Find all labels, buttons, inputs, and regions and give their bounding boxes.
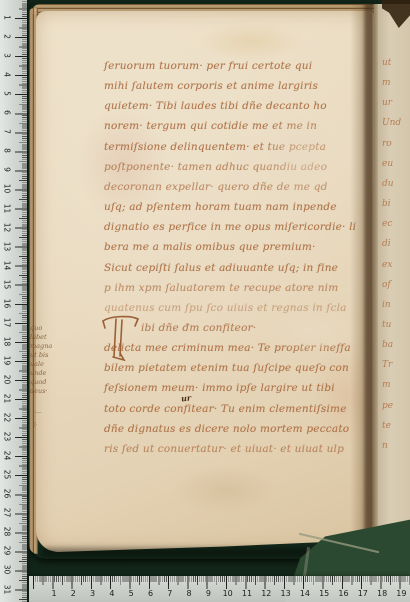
ruler-number: 25	[3, 470, 12, 480]
ruler-number: 10	[3, 184, 12, 194]
manuscript-line: uſq; ad pſentem horam tuam nam inpende	[104, 201, 337, 213]
ruler-number: 2	[67, 589, 79, 598]
gloss-line: quod	[30, 378, 46, 386]
ruler-number: 1	[48, 589, 60, 598]
ruler-number: 23	[3, 432, 12, 442]
ruler-number: 7	[164, 589, 176, 598]
manuscript-line: Sicut cepiſti ſalus et adiuuante uſq; in…	[104, 262, 338, 274]
ruler-number: 28	[3, 527, 12, 537]
ruler-number: 14	[3, 260, 12, 270]
gloss-mark: ·—	[33, 408, 42, 416]
ruler-number: 22	[3, 413, 12, 423]
ruler-number: 20	[3, 374, 12, 384]
manuscript-line: feſsionem meum· immo ipſe largire ut tib…	[104, 382, 335, 394]
facing-page-text: utmurUndroeudubiecdiexofintubaTrmpeten	[378, 58, 410, 518]
facing-text-fragment: ro	[382, 139, 392, 149]
ruler-number: 5	[3, 89, 12, 99]
facing-text-fragment: m	[382, 380, 391, 390]
ruler-number: 14	[299, 589, 311, 598]
ruler-number: 13	[280, 589, 292, 598]
facing-text-fragment: of	[382, 280, 391, 290]
ruler-number: 19	[3, 355, 12, 365]
ruler-number: 12	[3, 222, 12, 232]
interlinear-correction: ur	[181, 393, 192, 404]
ruler-number: 13	[3, 241, 12, 251]
gloss-line: uale	[30, 360, 44, 368]
ruler-number: 11	[241, 589, 253, 598]
manuscript-line: ſeruorum tuorum· per frui certote qui	[104, 60, 312, 72]
ruler-number: 16	[3, 298, 12, 308]
manuscript-line: dñe dignatus es dicere nolo mortem pecca…	[104, 423, 349, 435]
ruler-number: 27	[3, 508, 12, 518]
facing-text-fragment: ba	[382, 340, 393, 350]
ruler-number: 7	[3, 127, 12, 137]
manuscript-line: mihi ſalutem corporis et anime largiris	[104, 80, 318, 92]
manuscript-line: ris ſed ut conuertatur· et uiuat· et uiu…	[104, 443, 344, 455]
gloss-line: labet	[30, 333, 47, 341]
gloss-line: unde	[30, 369, 46, 377]
facing-text-fragment: in	[382, 300, 391, 310]
manuscript-line: dignatio es perfice in me opus miſericor…	[104, 221, 356, 233]
ruler-number: 6	[3, 108, 12, 118]
ruler-number: 4	[3, 70, 12, 80]
gutter-fold-line	[364, 4, 370, 550]
manuscript-line: p ihm xpm ſaluatorem te recupe atore nim	[104, 282, 338, 294]
facing-text-fragment: te	[382, 421, 391, 431]
ruler-number: 26	[3, 489, 12, 499]
ruler-number: 31	[3, 584, 12, 594]
ruler-cm-ticks	[33, 576, 410, 589]
ruler-number: 18	[3, 336, 12, 346]
ruler-number: 8	[3, 146, 12, 156]
facing-text-fragment: ur	[382, 98, 392, 108]
ruler-number: 24	[3, 451, 12, 461]
ruler-number: 11	[3, 203, 12, 213]
manuscript-line: toto corde confitear· Tu enim clementiſs…	[104, 403, 347, 415]
ruler-number: 30	[3, 565, 12, 575]
ruler-number: 29	[3, 546, 12, 556]
gloss-line: deus·	[30, 387, 48, 395]
facing-text-fragment: n	[382, 441, 388, 451]
ruler-number: 10	[222, 589, 234, 598]
gloss-line: quo	[30, 324, 42, 332]
ruler-number: 4	[106, 589, 118, 598]
ruler-number: 15	[318, 589, 330, 598]
facing-text-fragment: ut	[382, 58, 391, 68]
ruler-number: 2	[3, 32, 12, 42]
manuscript-line: decoronan expellar· quero dñe de me qd	[104, 181, 328, 193]
ruler-cm-ticks	[15, 0, 27, 602]
ruler-number: 3	[3, 51, 12, 61]
horizontal-ruler: 12345678910111213141516171819	[29, 576, 410, 602]
ruler-number: 8	[183, 589, 195, 598]
facing-text-fragment: m	[382, 78, 391, 88]
gloss-line: magna	[30, 342, 52, 350]
ruler-number: 1	[3, 13, 12, 23]
decorated-initial-T	[101, 313, 141, 369]
ruler-number: 17	[3, 317, 12, 327]
manuscript-line: delicta mee criminum mea· Te propter ine…	[104, 342, 351, 354]
ruler-number: 12	[260, 589, 272, 598]
facing-text-fragment: eu	[382, 159, 393, 169]
facing-text-fragment: Tr	[382, 360, 392, 370]
facing-text-fragment: du	[382, 179, 394, 189]
facing-text-fragment: ex	[382, 260, 392, 270]
manuscript-line: norem· tergum qui cotidie me et me in	[104, 120, 317, 132]
manuscript-line: quietem· Tibi laudes tibi dñe decanto ho	[104, 100, 327, 112]
manuscript-line: poſtponente· tamen adhuc quandiu adeo	[104, 161, 327, 173]
ruler-number: 19	[395, 589, 407, 598]
manuscript-line: termiſsione delinquentem· et tue pcepta	[104, 141, 326, 153]
facing-text-fragment: pe	[382, 401, 393, 411]
ruler-number: 18	[376, 589, 388, 598]
facing-text-fragment: tu	[382, 320, 391, 330]
ruler-number: 16	[338, 589, 350, 598]
ruler-number: 3	[87, 589, 99, 598]
ruler-number: 17	[357, 589, 369, 598]
ruler-number: 21	[3, 394, 12, 404]
gloss-mark: ſ·	[33, 421, 37, 429]
manuscript-photo: utmurUndroeudubiecdiexofintubaTrmpeten ſ…	[0, 0, 410, 602]
manuscript-text-block: ſeruorum tuorum· per frui certote quimih…	[104, 60, 366, 470]
gloss-line: ut bis	[30, 351, 48, 359]
ruler-number: 9	[202, 589, 214, 598]
ruler-number: 5	[125, 589, 137, 598]
facing-text-fragment: Und	[382, 118, 401, 128]
manuscript-line: quatenus cum ſpu ſco uiuis et regnas in …	[104, 302, 347, 314]
manuscript-line: bera me a malis omibus que premium·	[104, 241, 316, 253]
facing-text-fragment: ec	[382, 219, 392, 229]
ruler-number: 15	[3, 279, 12, 289]
facing-text-fragment: bi	[382, 199, 391, 209]
ruler-number: 9	[3, 165, 12, 175]
vertical-ruler: 1234567891011121314151617181920212223242…	[0, 0, 27, 602]
facing-text-fragment: di	[382, 239, 391, 249]
ruler-number: 6	[145, 589, 157, 598]
